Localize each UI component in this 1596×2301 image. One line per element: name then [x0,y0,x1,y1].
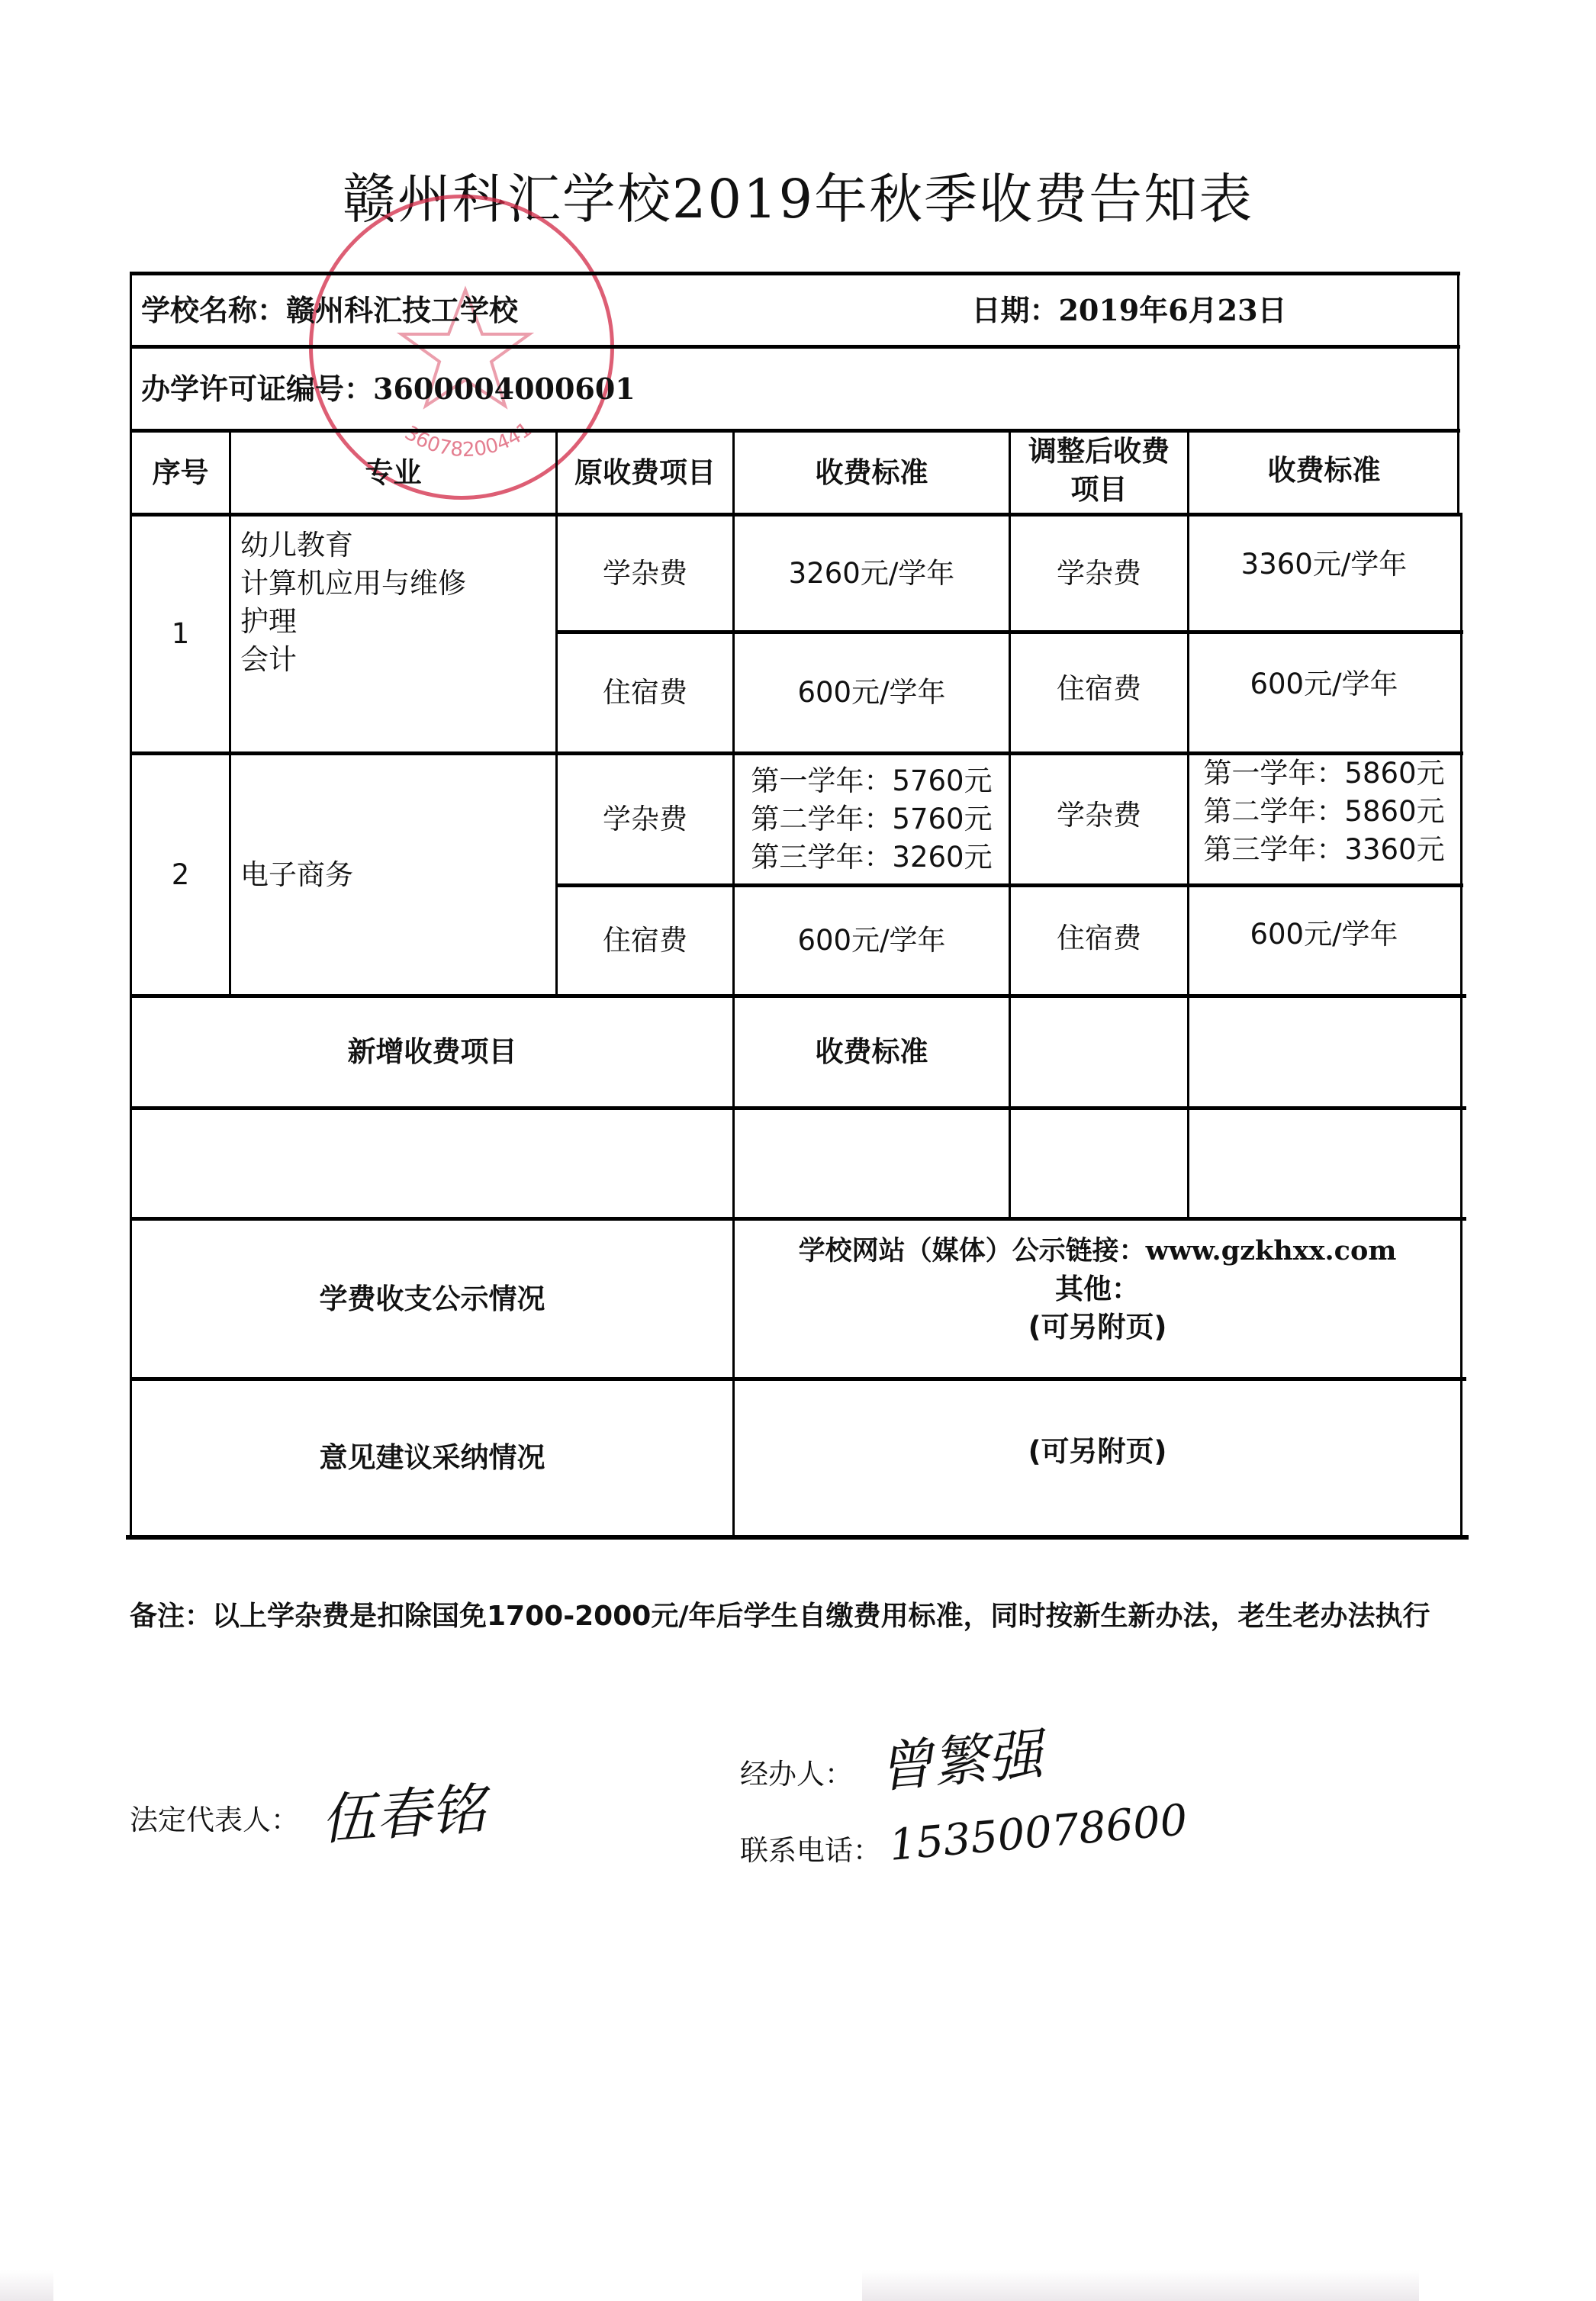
major-item: 会计 [240,641,297,679]
fee-item: 住宿费 [1011,885,1187,992]
fee-item: 学杂费 [1011,751,1187,880]
new-items-empty-row [132,1110,732,1217]
scan-edge-shadow [0,2270,53,2301]
feedback-value: (可另附页) [735,1381,1460,1522]
header-new-item-line1: 调整后收费 [1028,433,1170,471]
major-item: 护理 [240,603,297,641]
license-number: 办学许可证编号：3600004000601 [132,349,742,429]
document-date: 日期：2019年6月23日 [938,275,1320,345]
header-new-item: 调整后收费 项目 [1011,429,1187,513]
fee-year-line: 第一学年：5760元 [751,762,992,800]
legal-rep-label: 法定代表人： [130,1797,299,1838]
new-items-standard-header: 收费标准 [735,998,1009,1106]
handler-label: 经办人： [740,1751,853,1792]
school-name: 学校名称：赣州科汇技工学校 [132,275,742,345]
fee-standard: 600元/学年 [1189,881,1459,988]
header-new-item-line2: 项目 [1071,471,1128,509]
fee-item: 学杂费 [558,755,732,883]
disclosure-attach-note: (可另附页) [1028,1308,1167,1347]
document-title: 赣州科汇学校2019年秋季收费告知表 [0,156,1596,233]
fee-standard: 3360元/学年 [1189,507,1459,621]
fee-standard: 600元/学年 [735,634,1009,751]
header-new-standard: 收费标准 [1189,429,1459,513]
major-list: 幼儿教育 计算机应用与维修 护理 会计 [231,526,555,710]
scan-edge-shadow [862,2270,1419,2301]
fee-item: 学杂费 [558,517,732,630]
footer-note: 备注：以上学杂费是扣除国免1700-2000元/年后学生自缴费用标准，同时按新生… [130,1595,1430,1633]
fee-item: 住宿费 [1011,630,1187,748]
legal-rep-signature: 伍春铭 [318,1765,488,1855]
fee-item: 学杂费 [1011,517,1187,630]
table-border-bottom [126,1535,1469,1540]
fee-standard: 第一学年：5860元 第二学年：5860元 第三学年：3360元 [1189,748,1459,876]
fee-standard: 第一学年：5760元 第二学年：5760元 第三学年：3260元 [735,755,1009,883]
row-index: 1 [132,517,229,751]
phone-value: 15350078600 [887,1795,1189,1871]
phone-label: 联系电话： [740,1827,881,1868]
fee-year-line: 第一学年：5860元 [1203,755,1444,793]
fee-year-line: 第二学年：5860元 [1203,793,1444,831]
table-border-right [1460,513,1462,1538]
feedback-label: 意见建议采纳情况 [132,1381,732,1535]
major-item: 计算机应用与维修 [240,565,466,603]
handler-signature: 曾繁强 [874,1710,1045,1803]
header-orig-standard: 收费标准 [735,433,1009,513]
fee-standard: 600元/学年 [1189,626,1459,743]
disclosure-label: 学费收支公示情况 [132,1221,732,1377]
new-items-header: 新增收费项目 [132,998,732,1106]
fee-year-line: 第三学年：3360元 [1203,831,1444,869]
fee-standard: 3260元/学年 [735,517,1009,630]
fee-year-line: 第二学年：5760元 [751,800,992,838]
major-item: 电子商务 [231,755,555,994]
disclosure-website-link[interactable]: 学校网站（媒体）公示链接：www.gzkhxx.com [799,1232,1397,1270]
fee-item: 住宿费 [558,887,732,994]
header-index: 序号 [132,433,229,513]
row-index: 2 [132,755,229,994]
header-major: 专业 [231,433,555,513]
fee-item: 住宿费 [558,634,732,751]
disclosure-value: 学校网站（媒体）公示链接：www.gzkhxx.com 其他： (可另附页) [735,1232,1460,1347]
header-orig-item: 原收费项目 [558,433,732,513]
major-item: 幼儿教育 [240,526,353,565]
fee-standard: 600元/学年 [735,887,1009,994]
disclosure-other: 其他： [1055,1270,1140,1308]
fee-year-line: 第三学年：3260元 [751,838,992,877]
